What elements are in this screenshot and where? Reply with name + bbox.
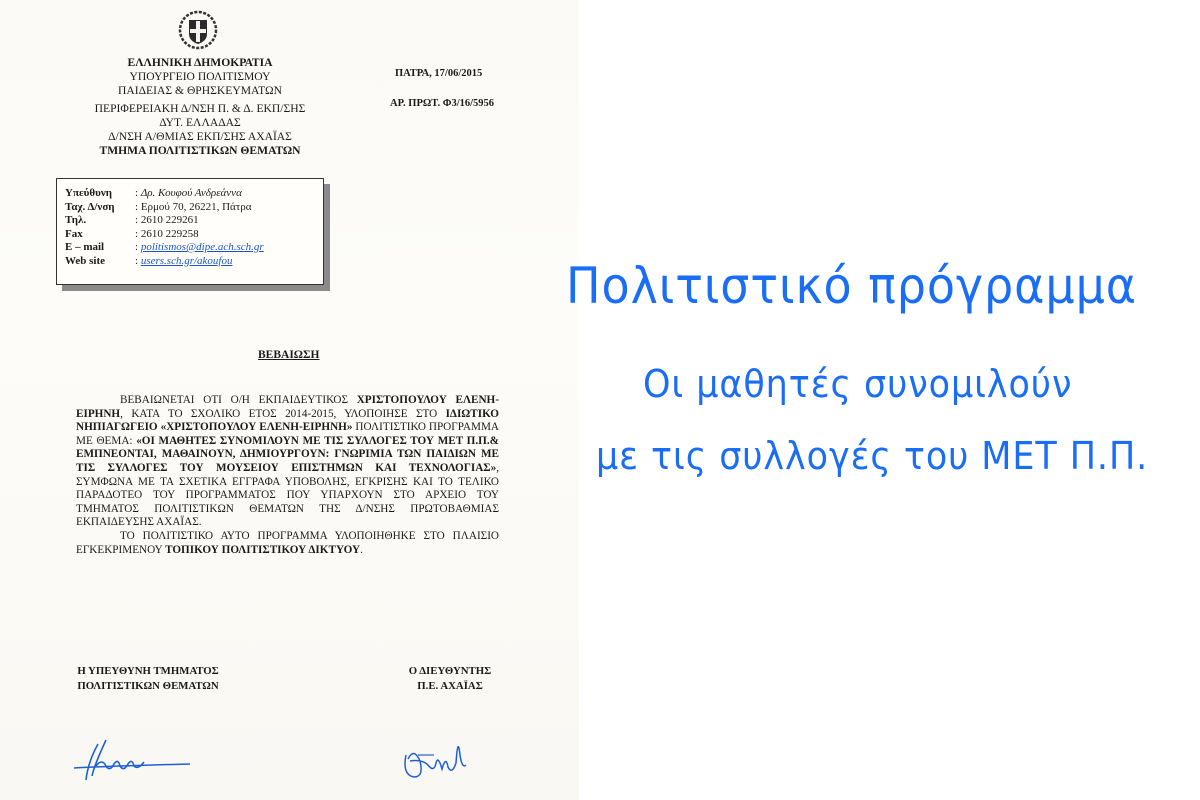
contact-label: Ταχ. Δ/νση — [65, 201, 135, 215]
contact-row: E – mail: politismos@dipe.ach.sch.gr — [65, 241, 264, 255]
certificate-body: ΒΕΒΑΙΩΝΕΤΑΙ ΟΤΙ Ο/Η ΕΚΠΑΙΔΕΥΤΙΚΟΣ ΧΡΙΣΤΟ… — [76, 394, 499, 557]
header-line: ΥΠΟΥΡΓΕΙΟ ΠΟΛΙΤΙΣΜΟΥ — [60, 70, 340, 84]
protocol-number: ΑΡ. ΠΡΩΤ. Φ3/16/5956 — [390, 97, 494, 111]
handwritten-title-line-2: Οι μαθητές συνομιλούν — [643, 362, 1072, 406]
contact-link[interactable]: users.sch.gr/akoufou — [141, 255, 233, 267]
contact-label: Web site — [65, 255, 135, 269]
contact-value: 2610 229261 — [141, 214, 199, 228]
document-title: ΒΕΒΑΙΩΣΗ — [258, 349, 319, 361]
greek-coat-of-arms-icon — [178, 10, 218, 50]
signature-left — [72, 736, 192, 786]
contact-info-box: Υπεύθυνη: Δρ. Κουφού ΑνδρεάνναΤαχ. Δ/νση… — [56, 178, 324, 285]
contact-row: Υπεύθυνη: Δρ. Κουφού Ανδρεάννα — [65, 187, 242, 201]
handwritten-title-line-3: με τις συλλογές του ΜΕΤ Π.Π. — [596, 434, 1148, 478]
body-paragraph: ΤΟ ΠΟΛΙΤΙΣΤΙΚΟ ΑΥΤΟ ΠΡΟΓΡΑΜΜΑ ΥΛΟΠΟΙΗΘΗΚ… — [76, 530, 499, 557]
contact-row: Ταχ. Δ/νση: Ερμού 70, 26221, Πάτρα — [65, 201, 252, 215]
contact-value: Ερμού 70, 26221, Πάτρα — [141, 201, 252, 215]
issuing-authority-header: ΕΛΛΗΝΙΚΗ ΔΗΜΟΚΡΑΤΙΑΥΠΟΥΡΓΕΙΟ ΠΟΛΙΤΙΣΜΟΥΠ… — [60, 56, 340, 158]
header-line: Δ/ΝΣΗ Α/ΘΜΙΑΣ ΕΚΠ/ΣΗΣ ΑΧΑΪΑΣ — [60, 130, 340, 144]
contact-link[interactable]: politismos@dipe.ach.sch.gr — [141, 241, 264, 253]
scanned-certificate-document: ΕΛΛΗΝΙΚΗ ΔΗΜΟΚΡΑΤΙΑΥΠΟΥΡΓΕΙΟ ΠΟΛΙΤΙΣΜΟΥΠ… — [0, 0, 579, 800]
signatory-right-line-1: Ο ΔΙΕΥΘΥΝΤΗΣ — [390, 664, 510, 679]
handwritten-title-line-1: Πολιτιστικό πρόγραμμα — [566, 257, 1137, 315]
header-line: ΠΑΙΔΕΙΑΣ & ΘΡΗΣΚΕΥΜΑΤΩΝ — [60, 84, 340, 98]
contact-row: Web site: users.sch.gr/akoufou — [65, 255, 232, 269]
signatory-right-line-2: Π.Ε. ΑΧΑΪΑΣ — [390, 679, 510, 694]
body-paragraph: ΒΕΒΑΙΩΝΕΤΑΙ ΟΤΙ Ο/Η ΕΚΠΑΙΔΕΥΤΙΚΟΣ ΧΡΙΣΤΟ… — [76, 394, 499, 530]
contact-value: Δρ. Κουφού Ανδρεάννα — [141, 187, 242, 201]
contact-label: E – mail — [65, 241, 135, 255]
header-line: ΕΛΛΗΝΙΚΗ ΔΗΜΟΚΡΑΤΙΑ — [60, 56, 340, 70]
signatory-left: Η ΥΠΕΥΘΥΝΗ ΤΜΗΜΑΤΟΣ ΠΟΛΙΤΙΣΤΙΚΩΝ ΘΕΜΑΤΩΝ — [58, 664, 238, 694]
contact-row: Fax: 2610 229258 — [65, 228, 199, 242]
signature-right — [400, 725, 470, 785]
signatory-left-line-2: ΠΟΛΙΤΙΣΤΙΚΩΝ ΘΕΜΑΤΩΝ — [58, 679, 238, 694]
signatory-right: Ο ΔΙΕΥΘΥΝΤΗΣ Π.Ε. ΑΧΑΪΑΣ — [390, 664, 510, 694]
header-line: ΠΕΡΙΦΕΡΕΙΑΚΗ Δ/ΝΣΗ Π. & Δ. ΕΚΠ/ΣΗΣ — [60, 102, 340, 116]
place-date: ΠΑΤΡΑ, 17/06/2015 — [395, 67, 482, 81]
contact-value: 2610 229258 — [141, 228, 199, 242]
contact-row: Τηλ.: 2610 229261 — [65, 214, 199, 228]
header-line: ΤΜΗΜΑ ΠΟΛΙΤΙΣΤΙΚΩΝ ΘΕΜΑΤΩΝ — [60, 144, 340, 158]
signatory-left-line-1: Η ΥΠΕΥΘΥΝΗ ΤΜΗΜΑΤΟΣ — [58, 664, 238, 679]
contact-label: Τηλ. — [65, 214, 135, 228]
contact-label: Υπεύθυνη — [65, 187, 135, 201]
header-line: ΔΥΤ. ΕΛΛΑΔΑΣ — [60, 116, 340, 130]
contact-label: Fax — [65, 228, 135, 242]
